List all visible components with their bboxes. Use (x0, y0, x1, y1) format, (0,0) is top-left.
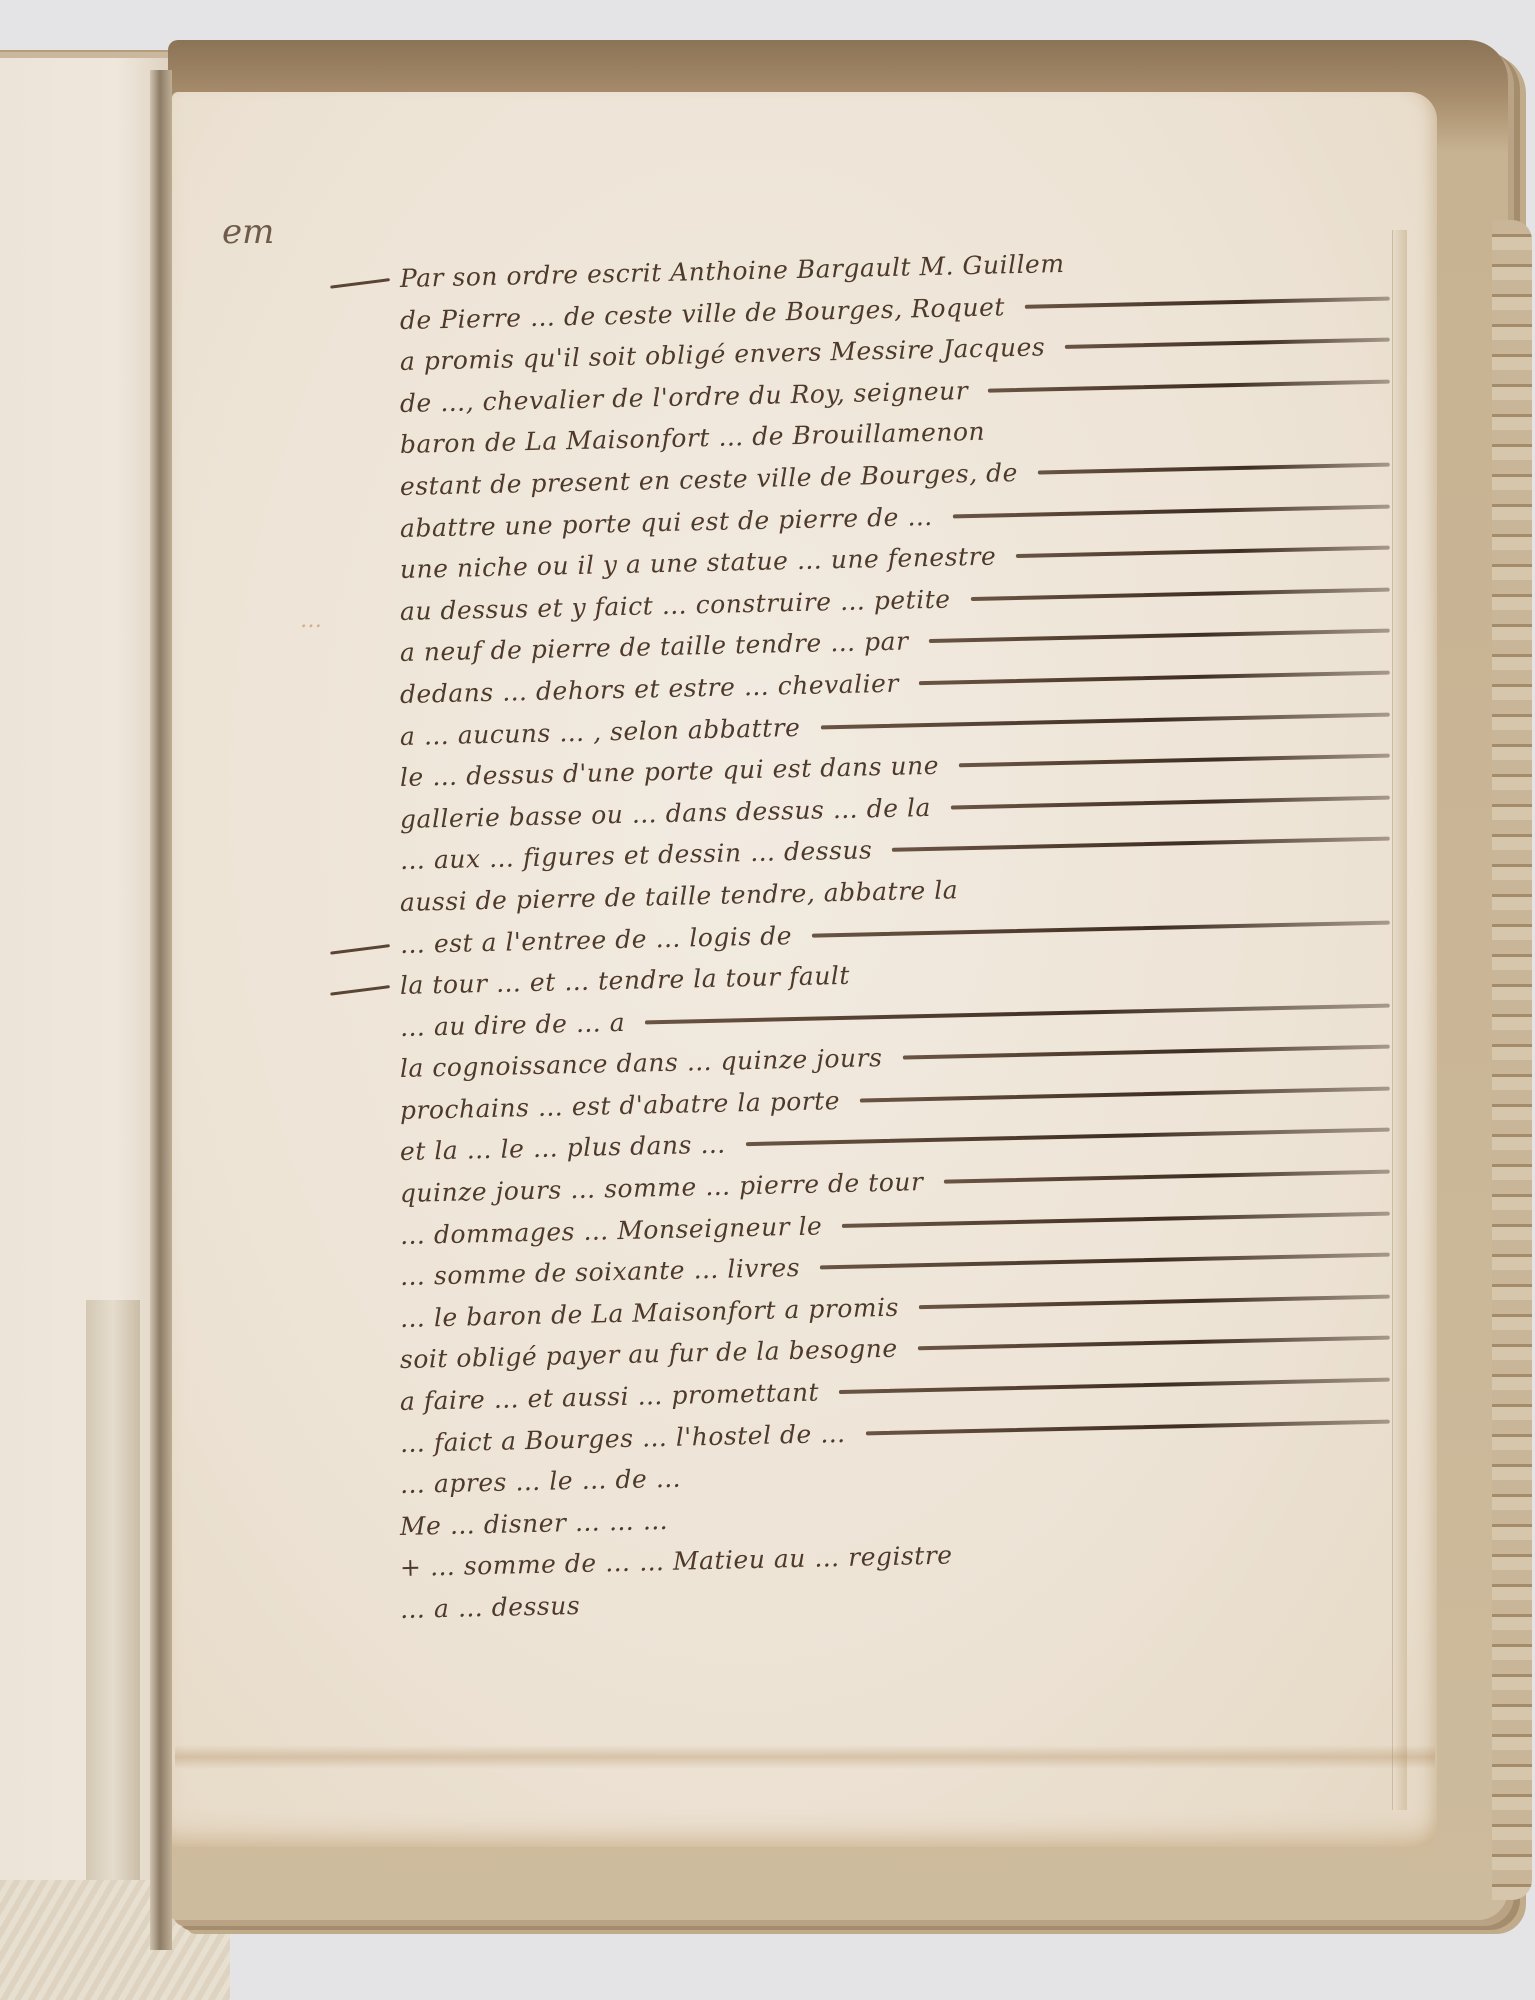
line-text: de …, chevalier de l'ordre du Roy, seign… (400, 376, 969, 418)
line-text: gallerie basse ou … dans dessus … de la (400, 793, 931, 834)
line-text: … le baron de La Maisonfort a promis (400, 1293, 899, 1333)
line-text: … a … dessus (400, 1591, 581, 1624)
line-filler-stroke (919, 1294, 1390, 1309)
line-filler-stroke (919, 670, 1390, 685)
left-page (0, 52, 168, 1928)
line-filler-stroke (746, 1128, 1390, 1147)
margin-annotation: em (222, 212, 274, 252)
line-text: a … aucuns … , selon abbattre (400, 712, 801, 750)
line-filler-stroke (1038, 462, 1390, 474)
line-text: aussi de pierre de taille tendre, abbatr… (400, 875, 959, 917)
line-text: Me … disner … … … (400, 1506, 669, 1541)
line-text: … est a l'entree de … logis de (400, 921, 793, 959)
line-filler-stroke (944, 1169, 1390, 1183)
page-fold-edge (1392, 230, 1407, 1810)
binding-ribbon (86, 1300, 140, 1940)
line-text: dedans … dehors et estre … chevalier (400, 669, 900, 709)
line-filler-stroke (821, 712, 1390, 729)
line-text: … dommages … Monseigneur le (400, 1211, 823, 1250)
line-text: de Pierre … de ceste ville de Bourges, R… (400, 292, 1006, 335)
line-filler-stroke (645, 1003, 1390, 1024)
line-filler-stroke (903, 1045, 1390, 1060)
book-gutter (150, 70, 172, 1950)
line-filler-stroke (892, 837, 1390, 852)
line-text: et la … le … plus dans … (400, 1130, 727, 1166)
line-filler-stroke (839, 1377, 1390, 1393)
line-filler-stroke (918, 1336, 1390, 1351)
line-filler-stroke (959, 753, 1390, 767)
faint-margin-note: … (300, 608, 322, 633)
line-filler-stroke (812, 920, 1390, 937)
line-text: … aux … figures et dessin … dessus (400, 836, 873, 876)
line-filler-stroke (1025, 296, 1390, 308)
line-text: … au dire de … a (400, 1008, 626, 1042)
line-text: la cognoissance dans … quinze jours (400, 1043, 883, 1083)
water-stain (175, 1745, 1435, 1769)
line-text: a neuf de pierre de taille tendre … par (400, 627, 909, 668)
line-text: le … dessus d'une porte qui est dans une (400, 751, 940, 792)
line-filler-stroke (953, 504, 1390, 518)
line-text: baron de La Maisonfort … de Brouillameno… (400, 417, 986, 459)
line-filler-stroke (1016, 545, 1390, 557)
line-filler-stroke (971, 587, 1390, 601)
line-filler-stroke (1065, 338, 1390, 349)
line-filler-stroke (860, 1086, 1390, 1102)
line-filler-stroke (866, 1419, 1390, 1435)
line-filler-stroke (842, 1211, 1390, 1227)
line-text: au dessus et y faict … construire … peti… (400, 584, 951, 625)
line-filler-stroke (988, 379, 1390, 392)
line-text: soit obligé payer au fur de la besogne (400, 1334, 898, 1374)
line-text: … faict a Bourges … l'hostel de … (400, 1419, 846, 1458)
line-text: estant de present en ceste ville de Bour… (400, 458, 1019, 501)
line-filler-stroke (820, 1253, 1390, 1270)
line-text: … somme de soixante … livres (400, 1253, 801, 1291)
manuscript-text: Par son ordre escrit Anthoine Bargault M… (400, 258, 1390, 1631)
line-text: abattre une porte qui est de pierre de … (400, 501, 933, 542)
line-text: a faire … et aussi … promettant (400, 1378, 820, 1417)
line-text: quinze jours … somme … pierre de tour (400, 1167, 924, 1208)
line-filler-stroke (929, 629, 1390, 643)
line-text: … apres … le … de … (400, 1464, 682, 1499)
line-text: + … somme de … … Matieu au … registre (400, 1541, 953, 1583)
line-text: une niche ou il y a une statue … une fen… (400, 542, 997, 585)
line-text: la tour … et … tendre la tour fault (400, 961, 851, 1000)
line-filler-stroke (951, 795, 1390, 809)
line-text: prochains … est d'abatre la porte (400, 1086, 841, 1125)
